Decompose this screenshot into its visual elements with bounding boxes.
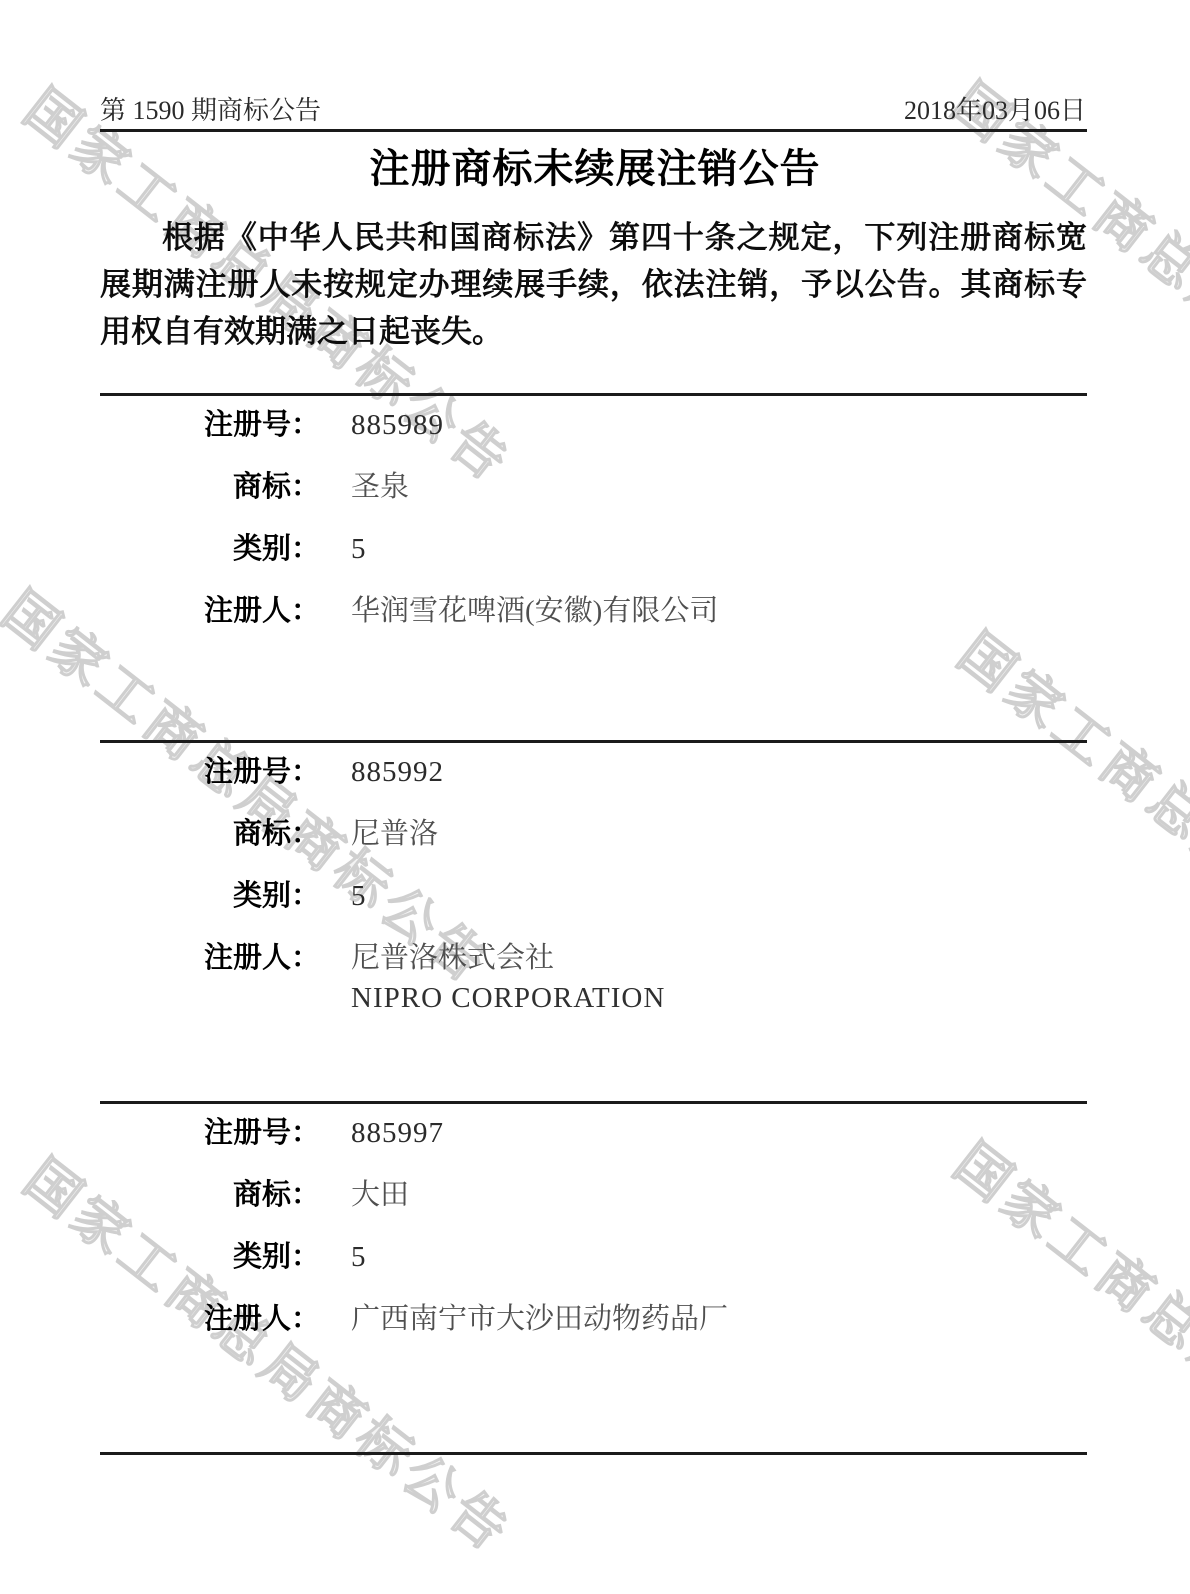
field-row-trademark: 商标： 大田 — [100, 1180, 1087, 1210]
field-row-reg-no: 注册号： 885997 — [100, 1118, 1087, 1148]
field-row-category: 类别： 5 — [100, 881, 1087, 911]
registrant-en-value: NIPRO CORPORATION — [351, 983, 665, 1013]
trademark-value: 尼普洛 — [351, 819, 438, 849]
category-value: 5 — [351, 1242, 367, 1272]
field-row-reg-no: 注册号： 885989 — [100, 410, 1087, 440]
registrant-value: 广西南宁市大沙田动物药品厂 — [351, 1304, 728, 1334]
field-row-category: 类别： 5 — [100, 1242, 1087, 1272]
registrant-label: 注册人： — [100, 596, 320, 626]
registrant-value: 尼普洛株式会社 — [351, 943, 554, 973]
page-content: 第 1590 期商标公告 2018年03月06日 注册商标未续展注销公告 根据《… — [0, 0, 1190, 1594]
field-row-trademark: 商标： 尼普洛 — [100, 819, 1087, 849]
category-value: 5 — [351, 534, 367, 564]
reg-no-value: 885992 — [351, 757, 444, 787]
field-row-registrant: 注册人： 广西南宁市大沙田动物药品厂 — [100, 1304, 1087, 1334]
field-row-registrant: 注册人： 尼普洛株式会社 — [100, 943, 1087, 973]
trademark-entry-1: 注册号： 885989 商标： 圣泉 类别： 5 注册人： 华润雪花啤酒(安徽)… — [100, 393, 1087, 626]
trademark-value: 圣泉 — [351, 472, 409, 502]
final-divider — [100, 1452, 1087, 1455]
intro-paragraph: 根据《中华人民共和国商标法》第四十条之规定，下列注册商标宽展期满注册人未按规定办… — [100, 214, 1087, 355]
page-title: 注册商标未续展注销公告 — [0, 146, 1190, 192]
reg-no-label: 注册号： — [100, 410, 320, 440]
trademark-entry-2: 注册号： 885992 商标： 尼普洛 类别： 5 注册人： 尼普洛株式会社 注… — [100, 740, 1087, 1013]
reg-no-value: 885989 — [351, 410, 444, 440]
trademark-entry-3: 注册号： 885997 商标： 大田 类别： 5 注册人： 广西南宁市大沙田动物… — [100, 1101, 1087, 1334]
trademark-label: 商标： — [100, 819, 320, 849]
reg-no-label: 注册号： — [100, 1118, 320, 1148]
field-row-registrant: 注册人： 华润雪花啤酒(安徽)有限公司 — [100, 596, 1087, 626]
registrant-value: 华润雪花啤酒(安徽)有限公司 — [351, 596, 718, 626]
trademark-label: 商标： — [100, 1180, 320, 1210]
trademark-label: 商标： — [100, 472, 320, 502]
reg-no-value: 885997 — [351, 1118, 444, 1148]
gazette-date: 2018年03月06日 — [904, 90, 1086, 127]
reg-no-label: 注册号： — [100, 757, 320, 787]
category-label: 类别： — [100, 1242, 320, 1272]
field-row-reg-no: 注册号： 885992 — [100, 757, 1087, 787]
field-row-registrant-en: 注册人： NIPRO CORPORATION — [100, 983, 1087, 1013]
field-row-trademark: 商标： 圣泉 — [100, 472, 1087, 502]
gazette-issue-number: 第 1590 期商标公告 — [100, 90, 321, 127]
category-value: 5 — [351, 881, 367, 911]
gazette-page: 国家工商总局商标公告 国家工商总局商标公告 国家工商总局商标公告 国家工商总局商… — [0, 0, 1190, 1594]
registrant-label: 注册人： — [100, 1304, 320, 1334]
field-row-category: 类别： 5 — [100, 534, 1087, 564]
category-label: 类别： — [100, 881, 320, 911]
registrant-label: 注册人： — [100, 943, 320, 973]
trademark-value: 大田 — [351, 1180, 409, 1210]
category-label: 类别： — [100, 534, 320, 564]
header-divider — [100, 129, 1087, 132]
